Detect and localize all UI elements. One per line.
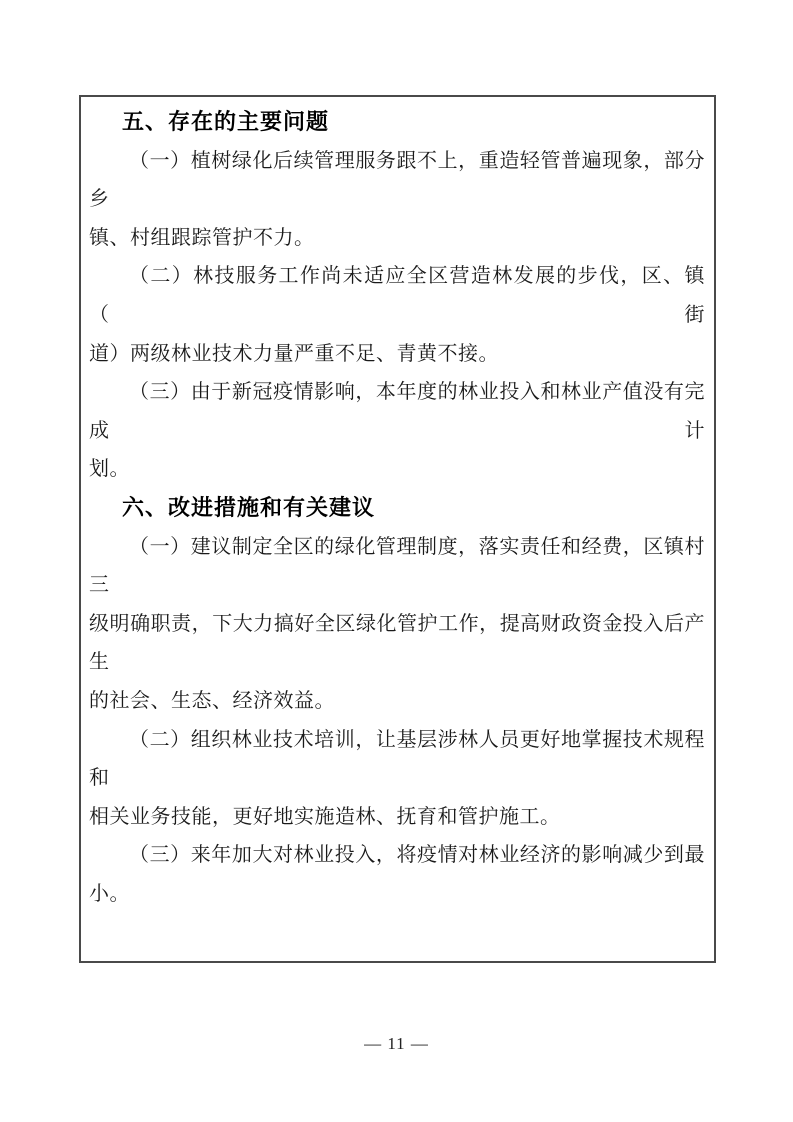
section-suggestions: 六、改进措施和有关建议 （一）建议制定全区的绿化管理制度，落实责任和经费，区镇村…	[89, 489, 705, 914]
paragraph: （一）植树绿化后续管理服务跟不上，重造轻管普遍现象，部分乡 镇、村组跟踪管护不力…	[89, 142, 705, 258]
paragraph-line: 相关业务技能，更好地实施造林、抚育和管护施工。	[89, 798, 705, 837]
page-number: — 11 —	[0, 1034, 793, 1054]
paragraph: （三）来年加大对林业投入，将疫情对林业经济的影响减少到最小。	[89, 836, 705, 913]
content-border-box: 五、存在的主要问题 （一）植树绿化后续管理服务跟不上，重造轻管普遍现象，部分乡 …	[79, 95, 716, 963]
paragraph: （一）建议制定全区的绿化管理制度，落实责任和经费，区镇村三 级明确职责，下大力搞…	[89, 528, 705, 721]
paragraph-line: 道）两级林业技术力量严重不足、青黄不接。	[89, 335, 705, 374]
paragraph: （二）林技服务工作尚未适应全区营造林发展的步伐，区、镇（街 道）两级林业技术力量…	[89, 257, 705, 373]
paragraph-line: （一）建议制定全区的绿化管理制度，落实责任和经费，区镇村三	[89, 528, 705, 605]
paragraph-line: （二）林技服务工作尚未适应全区营造林发展的步伐，区、镇（街	[89, 257, 705, 334]
paragraph-line: （二）组织林业技术培训，让基层涉林人员更好地掌握技术规程和	[89, 721, 705, 798]
paragraph-line: （三）来年加大对林业投入，将疫情对林业经济的影响减少到最小。	[89, 836, 705, 913]
paragraph-line: 镇、村组跟踪管护不力。	[89, 219, 705, 258]
section-problems: 五、存在的主要问题 （一）植树绿化后续管理服务跟不上，重造轻管普遍现象，部分乡 …	[89, 103, 705, 489]
paragraph-line: 划。	[89, 450, 705, 489]
section-heading-suggestions: 六、改进措施和有关建议	[89, 489, 705, 528]
document-page: 五、存在的主要问题 （一）植树绿化后续管理服务跟不上，重造轻管普遍现象，部分乡 …	[0, 0, 793, 1122]
paragraph-line: （三）由于新冠疫情影响，本年度的林业投入和林业产值没有完成计	[89, 373, 705, 450]
paragraph: （三）由于新冠疫情影响，本年度的林业投入和林业产值没有完成计 划。	[89, 373, 705, 489]
paragraph: （二）组织林业技术培训，让基层涉林人员更好地掌握技术规程和 相关业务技能，更好地…	[89, 721, 705, 837]
paragraph-line: 级明确职责，下大力搞好全区绿化管护工作，提高财政资金投入后产生	[89, 605, 705, 682]
paragraph-line: 的社会、生态、经济效益。	[89, 682, 705, 721]
paragraph-line: （一）植树绿化后续管理服务跟不上，重造轻管普遍现象，部分乡	[89, 142, 705, 219]
section-heading-problems: 五、存在的主要问题	[89, 103, 705, 142]
